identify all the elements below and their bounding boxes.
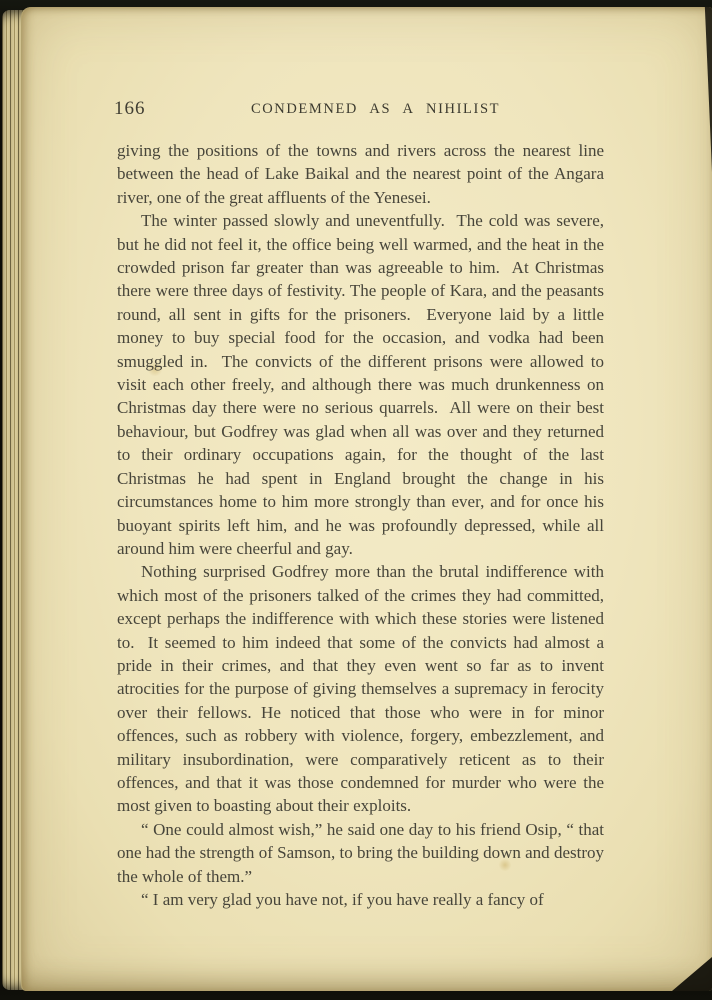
paragraph-continuation: giving the positions of the towns and ri… (117, 139, 604, 209)
page-number: 166 (114, 98, 146, 120)
book-scan: 166 CONDEMNED AS A NIHILIST giving the p… (0, 0, 712, 1000)
paragraph: Nothing surprised Godfrey more than the … (117, 560, 604, 817)
page-corner-shadow-bottom-right (672, 957, 712, 991)
running-header: CONDEMNED AS A NIHILIST (147, 101, 604, 118)
paragraph-dialogue: “ One could almost wish,” he said one da… (117, 818, 604, 888)
book-page: 166 CONDEMNED AS A NIHILIST giving the p… (21, 7, 712, 991)
paragraph: The winter passed slowly and uneventfull… (117, 209, 604, 560)
page-body-text: giving the positions of the towns and ri… (117, 139, 604, 911)
page-edge-shadow-top-right (699, 7, 712, 172)
text-column: 166 CONDEMNED AS A NIHILIST giving the p… (117, 98, 604, 911)
page-header-row: 166 CONDEMNED AS A NIHILIST (117, 98, 604, 139)
paragraph-dialogue: “ I am very glad you have not, if you ha… (117, 888, 604, 911)
